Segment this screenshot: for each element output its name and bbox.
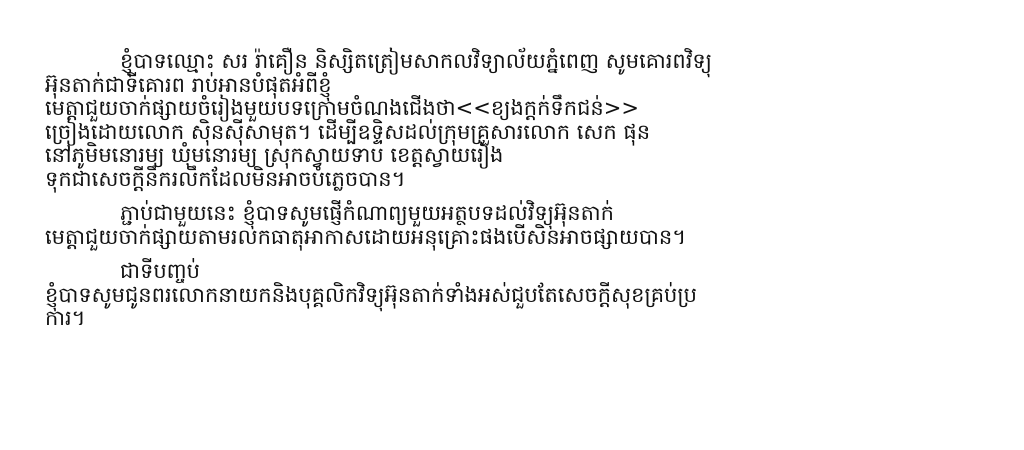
closing-heading: ជាទីបញ្ចប់: [45, 260, 1005, 284]
paragraph-introduction: ខ្ញុំបាទឈ្មោះ សរ រ៉ាគឿន និស្សិតត្រៀមសាកល…: [45, 50, 1005, 191]
paragraph-poem-request: ភ្ជាប់ជាមួយនេះ ខ្ញុំបាទសូមផ្ញើកំណាព្យមួយ…: [45, 202, 1005, 249]
text-line: ការ។: [45, 307, 1005, 331]
text-line: ទុកជាសេចក្ដីនឹករលឹកដែលមិនអាចបំភ្លេចបាន។: [45, 168, 1005, 192]
text-line: អ៊ុនតាក់ជាទីគោរព រាប់អានបំផុតអំពីខ្ញុំ: [45, 74, 1005, 98]
paragraph-closing: ជាទីបញ្ចប់ ខ្ញុំបាទសូមជូនពរលោកនាយកនិងបុគ…: [45, 260, 1005, 331]
text-line: ខ្ញុំបាទឈ្មោះ សរ រ៉ាគឿន និស្សិតត្រៀមសាកល…: [45, 50, 1005, 74]
letter-document: ខ្ញុំបាទឈ្មោះ សរ រ៉ាគឿន និស្សិតត្រៀមសាកល…: [45, 50, 1005, 331]
text-line: មេត្តាជួយចាក់ផ្សាយតាមរលកធាតុអាកាសដោយអនុគ…: [45, 226, 1005, 250]
text-line: នៅភូមិមនោរម្យ ឃុំមនោរម្យ ស្រុកស្វាយទាប ខ…: [45, 144, 1005, 168]
text-line: ខ្ញុំបាទសូមជូនពរលោកនាយកនិងបុគ្គលិកវិទ្យុ…: [45, 284, 1005, 308]
text-line: មេត្តាជួយចាក់ផ្សាយចំរៀងមួយបទក្រោមចំណងជើង…: [45, 97, 1005, 121]
text-line: ភ្ជាប់ជាមួយនេះ ខ្ញុំបាទសូមផ្ញើកំណាព្យមួយ…: [45, 202, 1005, 226]
text-line: ច្រៀងដោយលោក ស៊ិនស៊ីសាមុត។ ដើម្បីឧទ្ទិសដល…: [45, 121, 1005, 145]
